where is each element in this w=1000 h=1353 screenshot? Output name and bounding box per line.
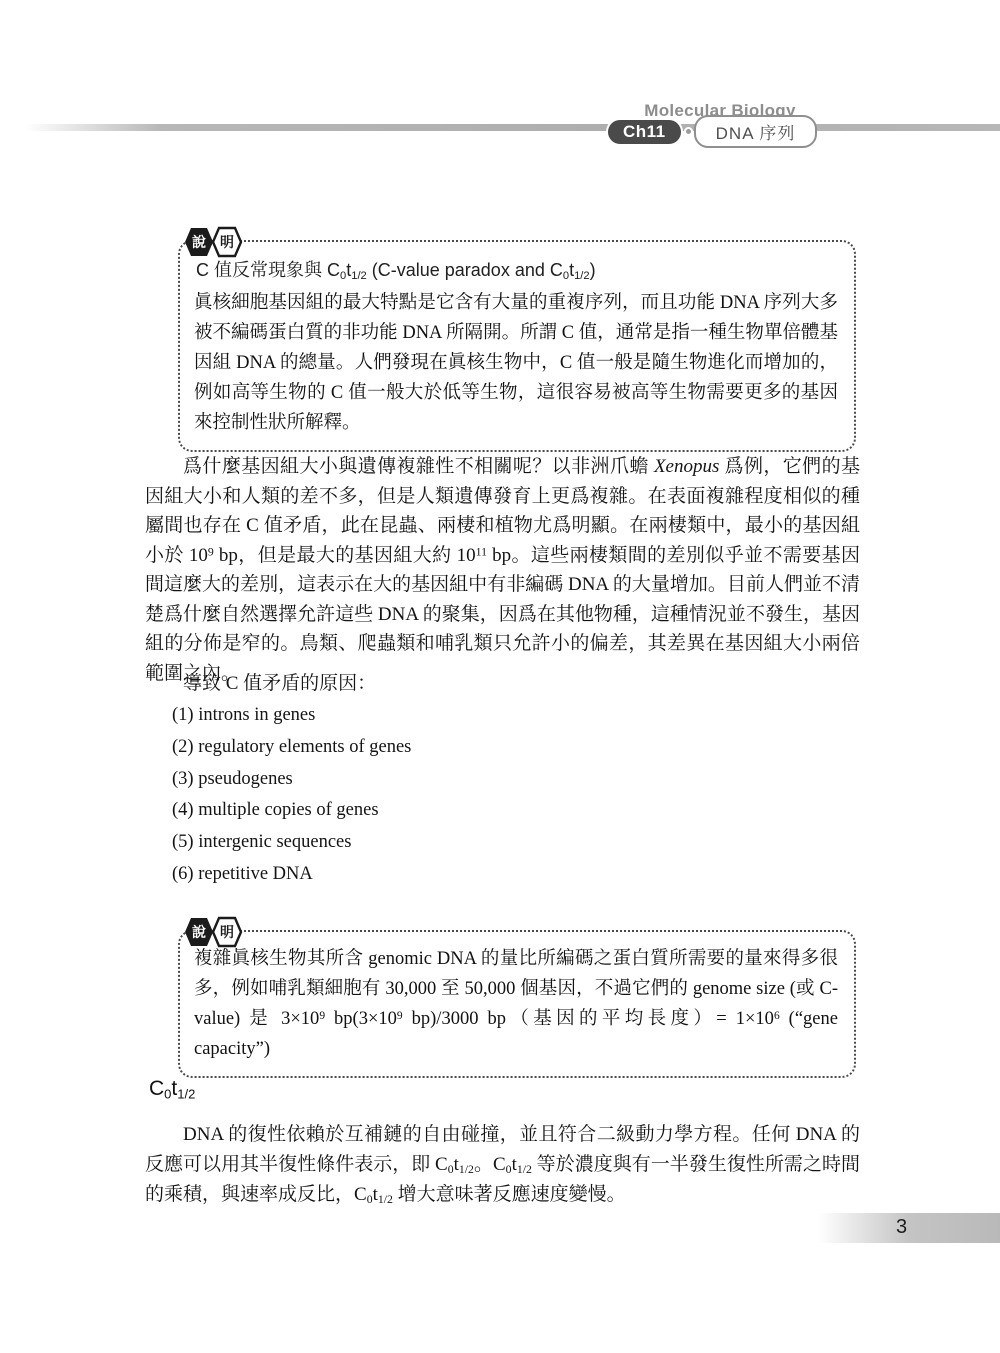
list-item: (1) introns in genes bbox=[172, 700, 411, 732]
paragraph-cot-kinetics: DNA 的復性依賴於互補鏈的自由碰撞，並且符合二級動力學方程。任何 DNA 的反… bbox=[145, 1120, 860, 1210]
badge-char-ming: 明 bbox=[220, 235, 234, 251]
explanation-badge: 說 明 bbox=[182, 226, 248, 263]
note-box-gene-capacity: 說 明 複雜眞核生物其所含 genomic DNA 的量比所編碼之蛋白質所需要的… bbox=[178, 930, 856, 1078]
page-number: 3 bbox=[896, 1216, 907, 1239]
note-box-cvalue-paradox: 說 明 C 值反常現象與 C0t1/2 (C-value paradox and… bbox=[178, 240, 856, 452]
hexagon-badge-icon: 說 明 bbox=[182, 226, 248, 258]
list-item: (5) intergenic sequences bbox=[172, 827, 411, 859]
chapter-header: Ch11 DNA 序列 bbox=[606, 115, 817, 148]
list-item: (4) multiple copies of genes bbox=[172, 795, 411, 827]
header-rule bbox=[25, 124, 1000, 131]
note-box-title: C 值反常現象與 C0t1/2 (C-value paradox and C0t… bbox=[196, 256, 838, 282]
explanation-badge: 說 明 bbox=[182, 916, 248, 953]
reasons-list: (1) introns in genes (2) regulatory elem… bbox=[172, 700, 411, 891]
list-item: (3) pseudogenes bbox=[172, 764, 411, 796]
page-number-bar: 3 bbox=[818, 1213, 1000, 1243]
paragraph-genome-size: 爲什麼基因組大小與遺傳複雜性不相關呢？以非洲爪蟾 Xenopus 爲例，它們的基… bbox=[145, 452, 860, 688]
list-item: (2) regulatory elements of genes bbox=[172, 732, 411, 764]
badge-char-ming: 明 bbox=[220, 925, 234, 941]
badge-char-shuo: 說 bbox=[192, 234, 206, 251]
hexagon-badge-icon: 說 明 bbox=[182, 916, 248, 948]
chapter-number-badge: Ch11 bbox=[606, 118, 683, 146]
reasons-intro: 導致 C 值矛盾的原因： bbox=[145, 668, 376, 695]
chapter-title-badge: DNA 序列 bbox=[694, 115, 818, 148]
badge-char-shuo: 說 bbox=[192, 924, 206, 941]
list-item: (6) repetitive DNA bbox=[172, 859, 411, 891]
note-box-body: 眞核細胞基因組的最大特點是它含有大量的重複序列，而且功能 DNA 序列大多被不編… bbox=[194, 288, 838, 438]
section-heading-cot: C0t1/2 bbox=[149, 1077, 195, 1101]
textbook-page: Molecular Biology Ch11 DNA 序列 說 明 C 值反常現… bbox=[0, 0, 1000, 1353]
connector-dot-icon bbox=[684, 127, 693, 136]
note-box-body: 複雜眞核生物其所含 genomic DNA 的量比所編碼之蛋白質所需要的量來得多… bbox=[194, 944, 838, 1064]
